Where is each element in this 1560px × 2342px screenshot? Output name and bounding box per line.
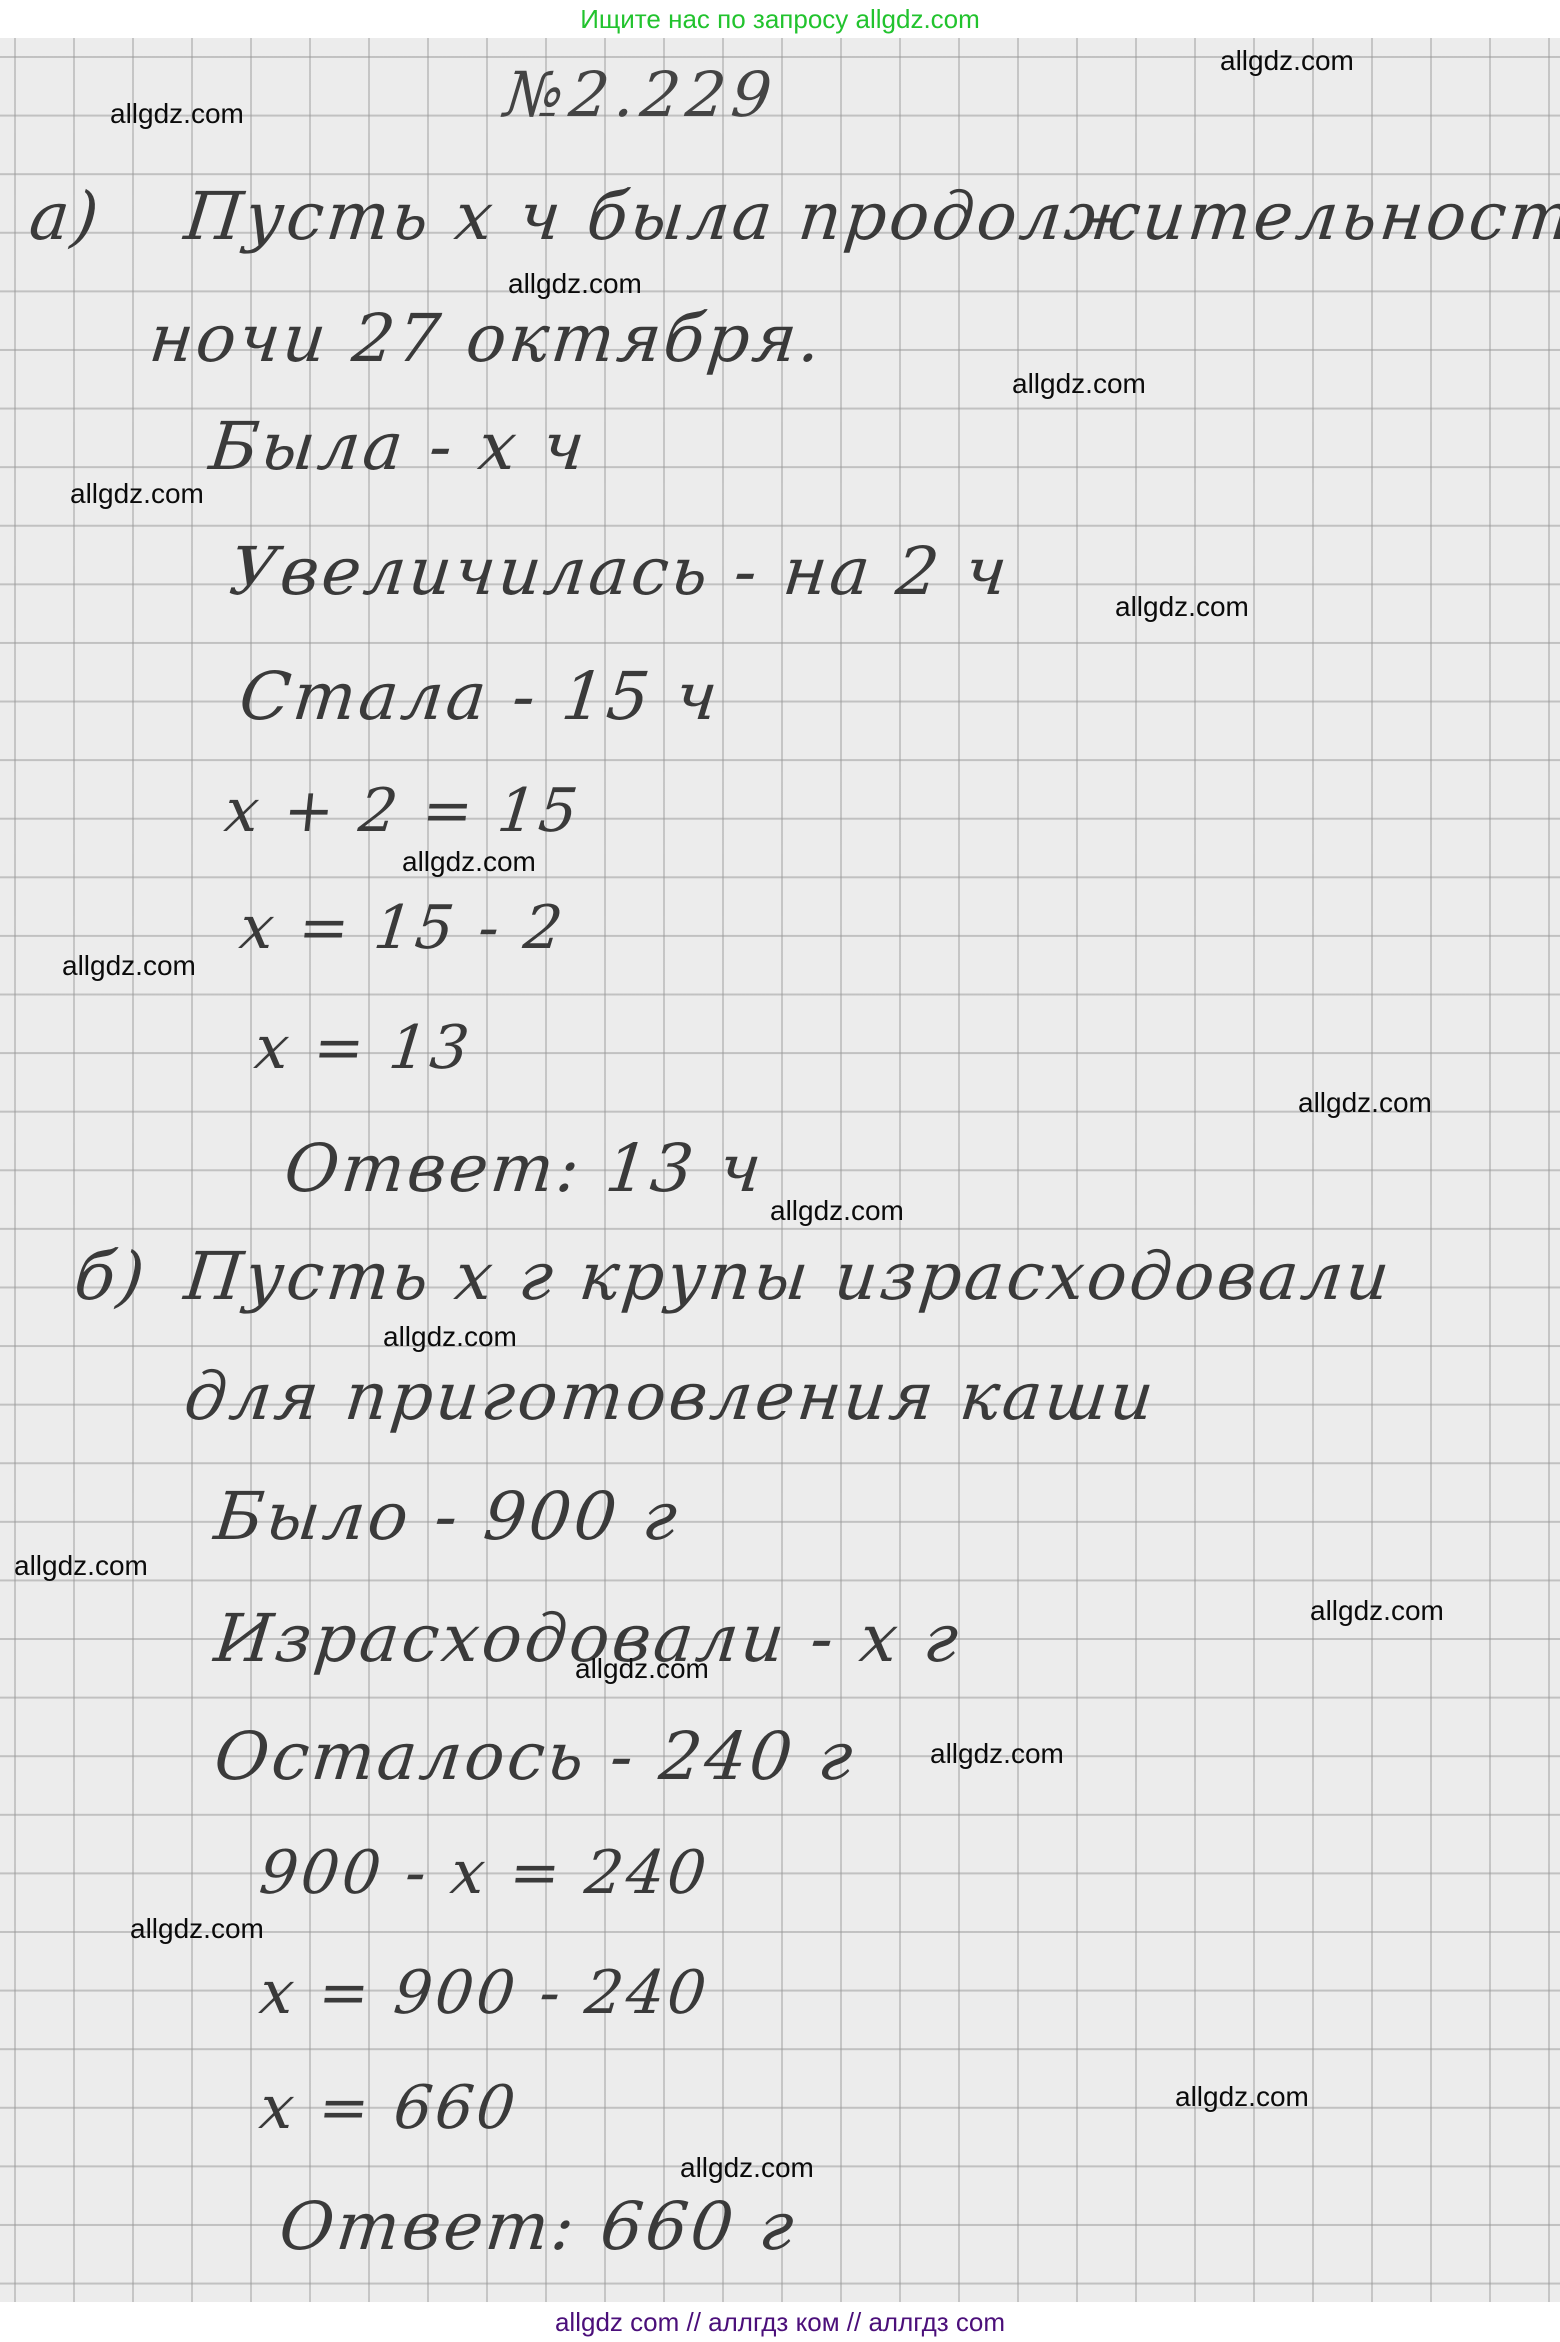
watermark: allgdz.com: [1115, 591, 1249, 623]
part-a-statement-line1: Пусть x ч была продолжительность: [181, 178, 1560, 255]
part-a-increased: Увеличилась - на 2 ч: [226, 533, 1014, 610]
part-a-label: а): [26, 178, 105, 255]
watermark: allgdz.com: [402, 846, 536, 878]
watermark: allgdz.com: [110, 98, 244, 130]
watermark: allgdz.com: [1298, 1087, 1432, 1119]
part-b-label: б): [71, 1238, 151, 1315]
top-banner[interactable]: Ищите нас по запросу allgdz.com: [0, 0, 1560, 38]
part-a-statement-line2: ночи 27 октября.: [146, 300, 827, 377]
part-b-statement-line2: для приготовления каши: [181, 1358, 1160, 1435]
watermark: allgdz.com: [383, 1321, 517, 1353]
watermark: allgdz.com: [130, 1913, 264, 1945]
part-b-equation-3: x = 660: [256, 2073, 521, 2143]
part-a-equation-1: x + 2 = 15: [221, 776, 584, 846]
part-b-left: Осталось - 240 г: [211, 1718, 859, 1795]
part-b-statement-line1: Пусть x г крупы израсходовали: [181, 1238, 1396, 1315]
watermark: allgdz.com: [70, 478, 204, 510]
part-a-answer: Ответ: 13 ч: [281, 1130, 768, 1207]
part-b-was: Было - 900 г: [211, 1478, 684, 1555]
watermark: allgdz.com: [62, 950, 196, 982]
watermark: allgdz.com: [1175, 2081, 1309, 2113]
part-b-answer: Ответ: 660 г: [276, 2188, 800, 2265]
watermark: allgdz.com: [1310, 1595, 1444, 1627]
problem-number: №2.229: [501, 58, 781, 131]
part-b-equation-2: x = 900 - 240: [256, 1958, 712, 2028]
watermark: allgdz.com: [1220, 45, 1354, 77]
watermark: allgdz.com: [770, 1195, 904, 1227]
watermark: allgdz.com: [680, 2152, 814, 2184]
part-a-was: Была - x ч: [206, 408, 591, 485]
notebook-page: №2.229 а) Пусть x ч была продолжительнос…: [0, 38, 1560, 2302]
part-a-became: Стала - 15 ч: [236, 658, 724, 735]
watermark: allgdz.com: [575, 1653, 709, 1685]
part-b-equation-1: 900 - x = 240: [256, 1838, 712, 1908]
part-a-equation-3: x = 13: [251, 1013, 475, 1083]
watermark: allgdz.com: [930, 1738, 1064, 1770]
part-a-equation-2: x = 15 - 2: [236, 893, 569, 963]
watermark: allgdz.com: [508, 268, 642, 300]
watermark: allgdz.com: [14, 1550, 148, 1582]
watermark: allgdz.com: [1012, 368, 1146, 400]
bottom-banner[interactable]: allgdz com // аллгдз ком // аллгдз com: [0, 2302, 1560, 2342]
